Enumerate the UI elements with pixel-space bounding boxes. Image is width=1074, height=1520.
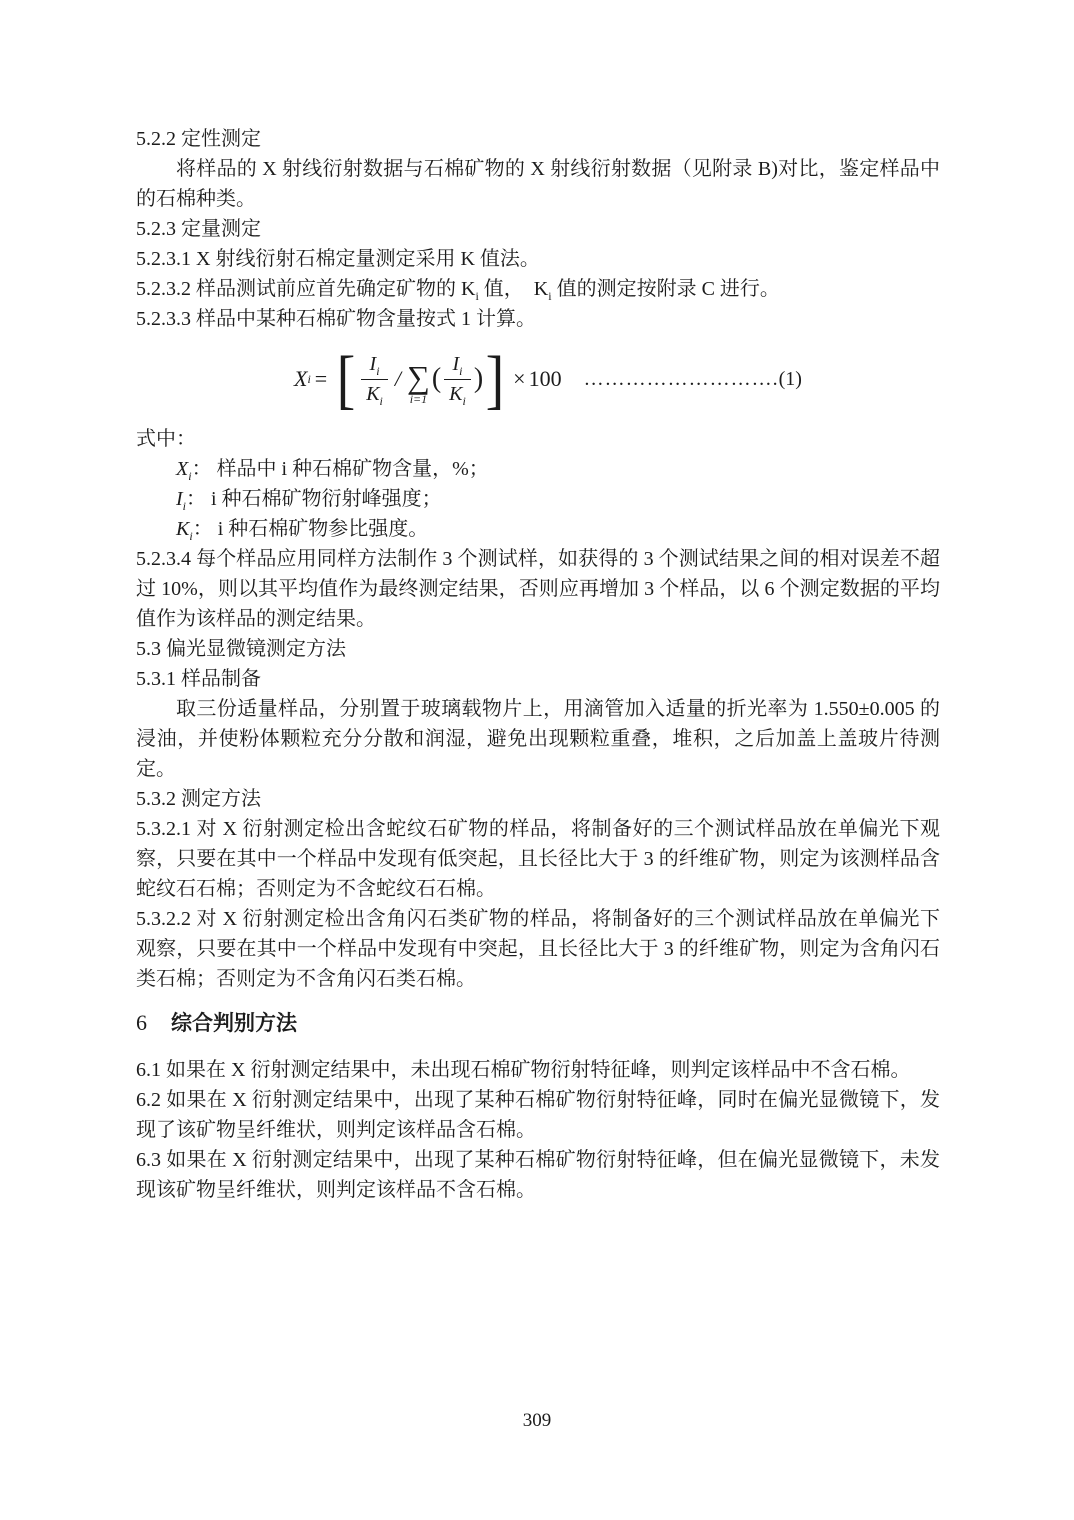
section-6-title: 综合判别方法 xyxy=(171,1012,297,1035)
sigma-lower-limit: i=1 xyxy=(410,393,427,405)
dot-leader: ………………………. xyxy=(584,368,779,391)
clause-5-3-1-heading: 5.3.1 样品制备 xyxy=(136,664,940,694)
document-page: 5.2.2 定性测定 将样品的 X 射线衍射数据与石棉矿物的 X 射线衍射数据（… xyxy=(0,0,1074,1520)
clause-5-2-3-1: 5.2.3.1 X 射线衍射石棉定量测定采用 K 值法。 xyxy=(136,244,940,274)
formula-equals-sign: = xyxy=(315,366,327,392)
clause-5-2-3-2-text: 5.2.3.2 样品测试前应首先确定矿物的 K xyxy=(136,278,475,300)
section-6-heading: 6综合判别方法 xyxy=(136,1008,940,1039)
formula-fraction-1: Ii Ki xyxy=(361,353,388,406)
fraction-denominator: Ki xyxy=(444,379,471,406)
page-number: 309 xyxy=(0,1410,1074,1432)
clause-6-2: 6.2 如果在 X 衍射测定结果中，出现了某种石棉矿物衍射特征峰，同时在偏光显微… xyxy=(136,1085,940,1145)
subscript-i: i xyxy=(380,394,383,408)
definition-ki: Ki： i 种石棉矿物参比强度。 xyxy=(136,514,940,544)
subscript-i: i xyxy=(376,364,379,378)
clause-5-2-3-4: 5.2.3.4 每个样品应用同样方法制作 3 个测试样，如获得的 3 个测试结果… xyxy=(136,544,940,634)
clause-5-2-2-heading: 5.2.2 定性测定 xyxy=(136,124,940,154)
clause-5-3-2-2: 5.3.2.2 对 X 衍射测定检出含角闪石类矿物的样品，将制备好的三个测试样品… xyxy=(136,904,940,994)
definition-text: i 种石棉矿物衍射峰强度； xyxy=(206,488,442,510)
definition-variable: K xyxy=(176,518,189,540)
clause-5-3-2-heading: 5.3.2 测定方法 xyxy=(136,784,940,814)
fraction-numerator: Ii xyxy=(447,353,467,379)
subscript-i: i xyxy=(463,394,466,408)
definition-colon: ： xyxy=(186,488,206,510)
clause-5-2-3-3: 5.2.3.3 样品中某种石棉矿物含量按式 1 计算。 xyxy=(136,304,940,334)
definition-variable: I xyxy=(176,488,183,510)
equation-1: Xi = [ Ii Ki / ∑ i=1 ( Ii Ki ) ] × 100 …… xyxy=(136,340,940,418)
paragraph-5-2-2-body: 将样品的 X 射线衍射数据与石棉矿物的 X 射线衍射数据（见附录 B)对比，鉴定… xyxy=(136,154,940,214)
formula-divide-sign: / xyxy=(395,366,401,392)
paragraph-5-3-1-body: 取三份适量样品，分别置于玻璃载物片上，用滴管加入适量的折光率为 1.550±0.… xyxy=(136,694,940,784)
subscript-i: i xyxy=(459,364,462,378)
fraction-numerator: Ii xyxy=(365,353,385,379)
formula-variable-k: K xyxy=(366,383,379,405)
formula-variable-x: X xyxy=(294,366,307,392)
fraction-denominator: Ki xyxy=(361,379,388,406)
sigma-symbol: ∑ xyxy=(407,363,430,391)
equation-number: (1) xyxy=(779,368,802,391)
formula-factor-100: 100 xyxy=(529,366,562,392)
definition-text: i 种石棉矿物参比强度。 xyxy=(213,518,429,540)
definition-variable: X xyxy=(176,458,188,480)
clause-5-2-3-2-text: 值的测定按附录 C 进行。 xyxy=(552,278,780,300)
where-label: 式中： xyxy=(136,424,940,454)
formula-variable-k: K xyxy=(449,383,462,405)
clause-5-2-3-heading: 5.2.3 定量测定 xyxy=(136,214,940,244)
clause-5-2-3-2-text: 值， K xyxy=(479,278,548,300)
clause-5-3-2-1: 5.3.2.1 对 X 衍射测定检出含蛇纹石矿物的样品，将制备好的三个测试样品放… xyxy=(136,814,940,904)
section-6-number: 6 xyxy=(136,1010,147,1035)
clause-6-3: 6.3 如果在 X 衍射测定结果中，出现了某种石棉矿物衍射特征峰，但在偏光显微镜… xyxy=(136,1145,940,1205)
formula-multiply-sign: × xyxy=(513,366,525,392)
definition-ii: Ii： i 种石棉矿物衍射峰强度； xyxy=(136,484,940,514)
formula-summation: ∑ i=1 xyxy=(407,363,430,405)
formula-fraction-2: Ii Ki xyxy=(444,353,471,406)
definition-xi: Xi： 样品中 i 种石棉矿物含量，%； xyxy=(136,454,940,484)
definition-colon: ： xyxy=(192,458,212,480)
definition-colon: ： xyxy=(193,518,213,540)
clause-5-2-3-2: 5.2.3.2 样品测试前应首先确定矿物的 Ki 值， Ki 值的测定按附录 C… xyxy=(136,274,940,304)
clause-6-1: 6.1 如果在 X 衍射测定结果中，未出现石棉矿物衍射特征峰，则判定该样品中不含… xyxy=(136,1055,940,1085)
clause-5-3-heading: 5.3 偏光显微镜测定方法 xyxy=(136,634,940,664)
definition-text: 样品中 i 种石棉矿物含量，%； xyxy=(212,458,489,480)
document-content: 5.2.2 定性测定 将样品的 X 射线衍射数据与石棉矿物的 X 射线衍射数据（… xyxy=(136,124,940,1205)
